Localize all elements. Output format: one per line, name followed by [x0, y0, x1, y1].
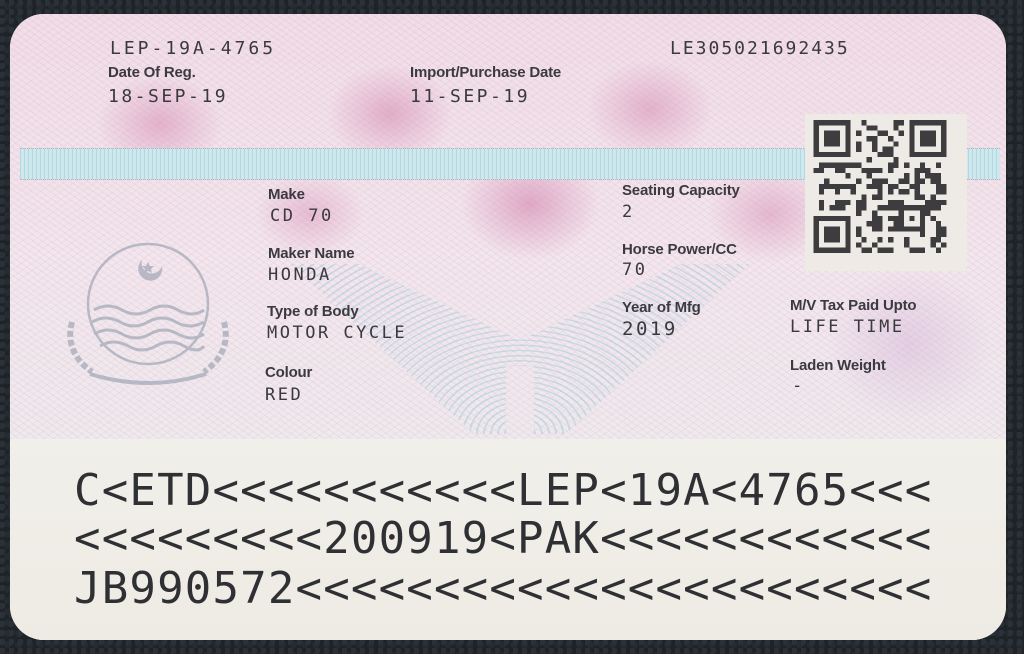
type-of-body-label: Type of Body: [267, 303, 359, 320]
type-of-body-value: MOTOR CYCLE: [267, 323, 407, 343]
import-purchase-date-label: Import/Purchase Date: [410, 64, 561, 81]
import-purchase-date-value: 11-SEP-19: [410, 86, 530, 107]
make-label: Make: [268, 186, 305, 203]
horse-power-value: 70: [622, 260, 647, 280]
mrz-line-2: <<<<<<<<<200919<PAK<<<<<<<<<<<<: [74, 517, 932, 561]
laden-weight-value: -: [792, 376, 805, 396]
tax-paid-upto-value: LIFE TIME: [790, 317, 905, 337]
seating-capacity-label: Seating Capacity: [622, 182, 740, 199]
date-of-reg-label: Date Of Reg.: [108, 64, 196, 81]
qr-code-icon: [805, 114, 967, 271]
maker-name-value: HONDA: [268, 265, 332, 285]
year-of-mfg-value: 2019: [622, 318, 678, 340]
colour-label: Colour: [265, 364, 312, 381]
date-of-reg-value: 18-SEP-19: [108, 86, 228, 107]
colour-value: RED: [265, 385, 303, 405]
year-of-mfg-label: Year of Mfg: [622, 299, 701, 316]
maker-name-label: Maker Name: [268, 245, 354, 262]
vehicle-registration-card: LEP-19A-4765 LE305021692435 Date Of Reg.…: [10, 14, 1006, 640]
registration-number: LEP-19A-4765: [110, 38, 276, 59]
tax-paid-upto-label: M/V Tax Paid Upto: [790, 297, 916, 314]
laden-weight-label: Laden Weight: [790, 357, 886, 374]
horse-power-label: Horse Power/CC: [622, 241, 737, 258]
punjab-emblem-icon: [50, 232, 240, 392]
seating-capacity-value: 2: [622, 202, 635, 222]
make-value: CD 70: [270, 206, 334, 226]
mrz-line-3: JB990572<<<<<<<<<<<<<<<<<<<<<<<: [74, 567, 932, 611]
serial-number: LE305021692435: [670, 38, 850, 59]
mrz-line-1: C<ETD<<<<<<<<<<<LEP<19A<4765<<<: [74, 469, 932, 513]
